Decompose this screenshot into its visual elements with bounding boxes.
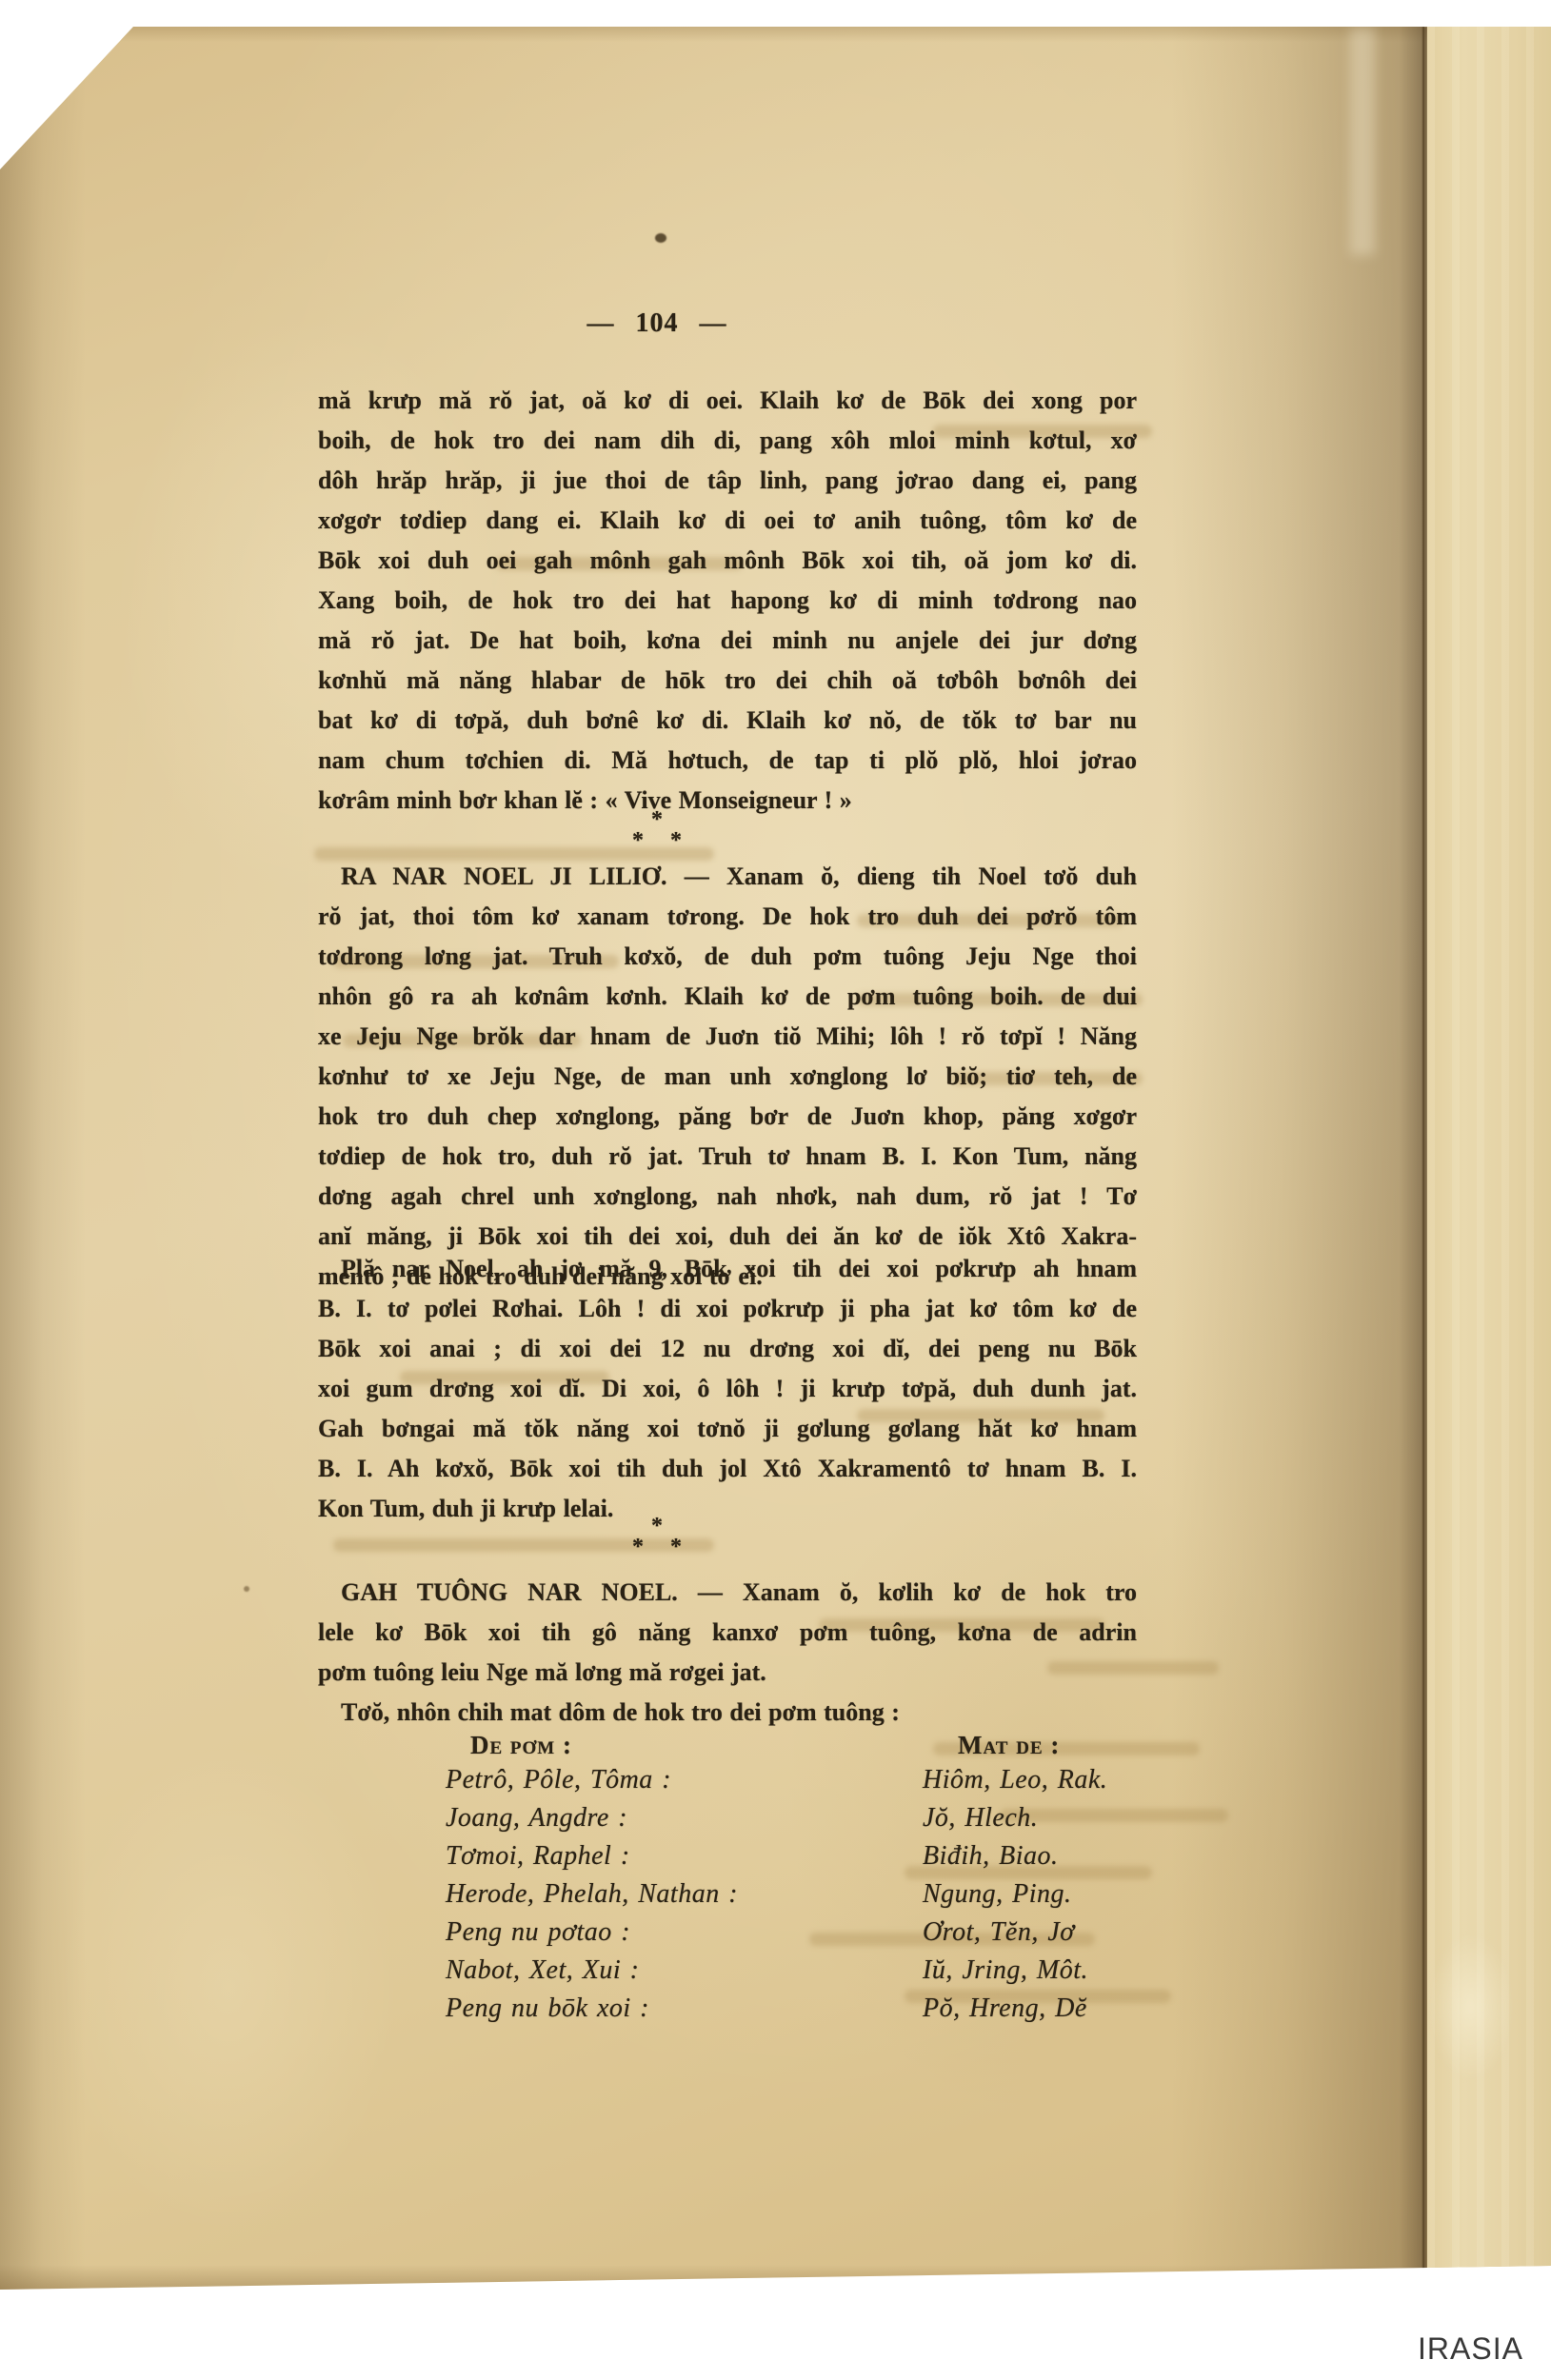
ink-speck: [244, 1586, 249, 1592]
book-gutter-shadow: [1171, 27, 1424, 2290]
section-divider: * * *: [590, 1516, 724, 1557]
text-line: nhôn gô ra ah kơnâm kơnh. Klaih kơ de pơ…: [318, 977, 1137, 1017]
text-line: tơdiep de hok tro, duh rŏ jat. Truh tơ h…: [318, 1137, 1137, 1177]
text-line: Tơŏ, nhôn chih mat dôm de hok tro dei pơ…: [318, 1693, 1137, 1733]
table-left-header: De pơm :: [470, 1731, 572, 1760]
text-line: xơgơr tơdiep dang ei. Klaih kơ di oei tơ…: [318, 501, 1137, 541]
text-line: hok tro duh chep xơnglong, păng bơr de J…: [318, 1097, 1137, 1137]
text-line: kơnhư tơ xe Jeju Nge, de man unh xơnglon…: [318, 1057, 1137, 1097]
table-cell-left: Nabot, Xet, Xui :: [446, 1955, 639, 1986]
paper-blotch: [57, 1740, 400, 2235]
text-line: rŏ jat, thoi tôm kơ xanam tơrong. De hok…: [318, 897, 1137, 937]
text-line: nam chum tơchien di. Mă hơtuch, de tap t…: [318, 741, 1137, 781]
text-line: kơrâm minh bơr khan lĕ : « Vive Monseign…: [318, 781, 1137, 821]
paper-highlight-strip: [1350, 27, 1375, 255]
text-line: Bōk xoi duh oei gah mônh gah mônh Bōk xo…: [318, 541, 1137, 581]
section-heading-line: RA NAR NOEL JI LILIƠ. — Xanam ŏ, dieng t…: [318, 857, 1137, 897]
text-line: Gah bơngai mă tŏk năng xoi tơnŏ ji gơlun…: [318, 1409, 1137, 1449]
asterisk-icon: *: [590, 809, 724, 830]
table-right-header: Mat de :: [958, 1731, 1060, 1760]
table-cell-right: Biđih, Biao.: [923, 1841, 1059, 1872]
table-intro: Tơŏ, nhôn chih mat dôm de hok tro dei pơ…: [318, 1693, 1137, 1733]
page-left-edge-shadow: [0, 27, 86, 2290]
screenshot-root: { "page_number": "— 104 —", "watermark":…: [0, 0, 1551, 2380]
text-line: bat kơ di tơpă, duh bơnê kơ di. Klaih kơ…: [318, 701, 1137, 741]
text-line: Plă nar Noel, ah jơ mă 9, Bōk xoi tih de…: [318, 1249, 1137, 1289]
text-line: Xang boih, de hok tro dei hat hapong kơ …: [318, 581, 1137, 621]
table-cell-right: Ơrot, Tĕn, Jơ: [923, 1917, 1075, 1948]
text-line: mă rŏ jat. De hat boih, kơna dei minh nu…: [318, 621, 1137, 661]
text-line: Bōk xoi anai ; di xoi dei 12 nu drơng xo…: [318, 1329, 1137, 1369]
section-noel-liturgy: RA NAR NOEL JI LILIƠ. — Xanam ŏ, dieng t…: [318, 857, 1137, 1297]
scanned-book-page: — 104 — mă krưp mă rŏ jat, oă kơ di oei.…: [0, 27, 1551, 2290]
text-line: mă krưp mă rŏ jat, oă kơ di oei. Klaih k…: [318, 381, 1137, 421]
table-cell-left: Petrô, Pôle, Tôma :: [446, 1765, 671, 1795]
text-line: kơnhŭ mă năng hlabar de hōk tro dei chih…: [318, 661, 1137, 701]
table-cell-left: Tơmoi, Raphel :: [446, 1841, 630, 1872]
text-line: tơdrong lơng jat. Truh kơxŏ, de duh pơm …: [318, 937, 1137, 977]
section-divider: * * *: [590, 809, 724, 851]
text-line: lele kơ Bōk xoi tih gô năng kanxơ pơm tu…: [318, 1613, 1137, 1653]
asterisk-pair-icon: * *: [590, 1537, 724, 1557]
table-cell-right: Jŏ, Hlech.: [923, 1803, 1038, 1834]
text-line: B. I. tơ pơlei Rơhai. Lôh ! di xoi pơkrư…: [318, 1289, 1137, 1329]
paragraph-noel-day: Plă nar Noel, ah jơ mă 9, Bōk xoi tih de…: [318, 1249, 1137, 1529]
table-cell-right: Iŭ, Jring, Môt.: [923, 1955, 1088, 1986]
irasia-watermark: IRASIA: [1418, 2331, 1523, 2367]
table-cell-left: Peng nu pơtao :: [446, 1917, 630, 1948]
adjacent-page-edge: [1427, 27, 1551, 2290]
paragraph-continuation: mă krưp mă rŏ jat, oă kơ di oei. Klaih k…: [318, 381, 1137, 821]
table-cell-right: Hiôm, Leo, Rak.: [923, 1765, 1107, 1795]
table-cell-left: Peng nu bōk xoi :: [446, 1993, 649, 2024]
table-cell-left: Joang, Angdre :: [446, 1803, 627, 1834]
text-line: Kon Tum, duh ji krưp lelai.: [318, 1489, 1137, 1529]
table-cell-left: Herode, Phelah, Nathan :: [446, 1879, 738, 1910]
text-line: dơng agah chrel unh xơnglong, nah nhơk, …: [318, 1177, 1137, 1217]
table-cell-right: Pŏ, Hreng, Dĕ: [923, 1993, 1087, 2024]
text-line: B. I. Ah kơxŏ, Bōk xoi tih duh jol Xtô X…: [318, 1449, 1137, 1489]
asterisk-icon: *: [590, 1516, 724, 1537]
asterisk-pair-icon: * *: [590, 830, 724, 851]
text-line: xe Jeju Nge brŏk dar hnam de Juơn tiŏ Mi…: [318, 1017, 1137, 1057]
text-line: pơm tuông leiu Nge mă lơng mă rơgei jat.: [318, 1653, 1137, 1693]
section-noel-prep: GAH TUÔNG NAR NOEL. — Xanam ŏ, kơlih kơ …: [318, 1573, 1137, 1693]
table-cell-right: Ngung, Ping.: [923, 1879, 1072, 1910]
text-line: dôh hrăp hrăp, ji jue thoi de tâp linh, …: [318, 461, 1137, 501]
text-line: xoi gum drơng xoi dĭ. Di xoi, ô lôh ! ji…: [318, 1369, 1137, 1409]
ink-speck: [655, 233, 666, 243]
section-heading-line: GAH TUÔNG NAR NOEL. — Xanam ŏ, kơlih kơ …: [318, 1573, 1137, 1613]
page-number: — 104 —: [333, 308, 981, 339]
text-line: boih, de hok tro dei nam dih di, pang xô…: [318, 421, 1137, 461]
